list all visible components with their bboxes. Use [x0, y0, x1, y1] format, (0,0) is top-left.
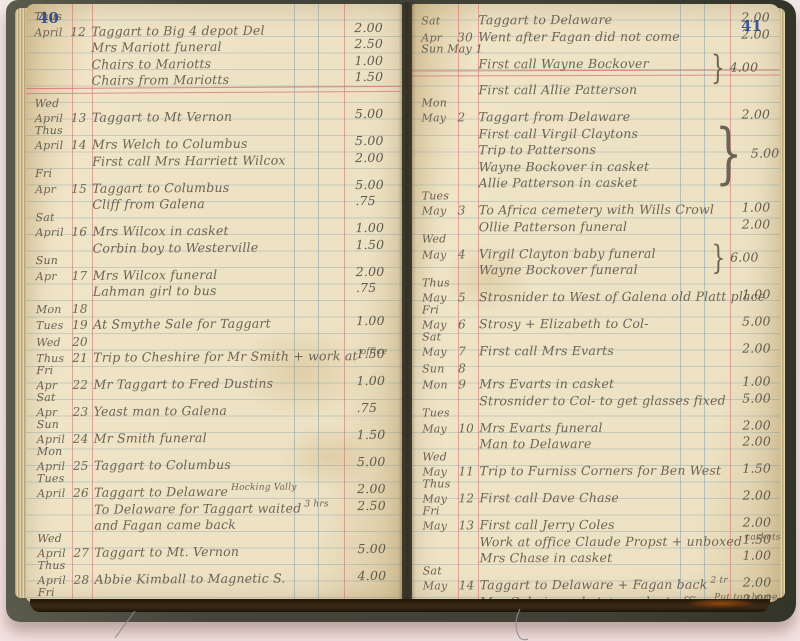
amount-group: }6.00: [708, 240, 759, 273]
ledger-inline-note: 2 tr: [710, 576, 727, 586]
ledger-entry-row: SatTaggart to Delaware2.00: [421, 9, 779, 26]
grouping-brace: }: [712, 240, 726, 273]
ledger-amount: 1.50: [356, 346, 385, 361]
ledger-amount: .75: [356, 280, 377, 295]
ledger-amount: 2.00: [743, 515, 772, 530]
ledger-amount: 2.00: [742, 417, 771, 432]
ledger-page-right: 41 SatTaggart to Delaware2.00Apr30Went a…: [412, 4, 780, 602]
ledger-entry-row: Work at office Claude Propst + unboxedca…: [423, 530, 780, 547]
ledger-amount: 2.00: [357, 481, 386, 496]
ledger-amount: 1.00: [742, 287, 771, 302]
ledger-entry-row: Chairs from Mariotts1.50: [35, 68, 401, 87]
ledger-amount: 5.00: [355, 176, 384, 191]
ledger-inline-note: Hocking Vally: [231, 482, 297, 492]
ledger-amount: 1.00: [354, 52, 383, 67]
ledger-amount: 2.00: [743, 575, 772, 590]
ledger-amount: 2.50: [354, 36, 383, 51]
ledger-entry-row: Mrs Chase in casket1.00: [423, 547, 780, 564]
ledger-amount: 6.00: [730, 249, 759, 264]
ledger-amount: 1.00: [742, 200, 771, 215]
ledger-amount: 2.00: [354, 19, 383, 34]
ledger-amount: 2.00: [742, 434, 771, 449]
ledger-description: First call Wayne Bockover: [478, 55, 648, 70]
ledger-amount: 5.00: [751, 146, 780, 161]
ledger-amount: .75: [355, 193, 376, 208]
ledger-entry-row: May7First call Mrs Evarts2.00: [422, 340, 780, 357]
ledger-page-left: 40 ThusApril12Taggart to Big 4 depot Del…: [26, 4, 402, 602]
ledger-entry-row: May11Trip to Furniss Corners for Ben Wes…: [422, 460, 780, 477]
ledger-entry-row: First call Wayne Bockover}4.00: [421, 52, 779, 69]
amount-group: }4.00: [707, 50, 758, 83]
ledger-entry-row: May5Strosnider to West of Galena old Pla…: [422, 286, 780, 303]
ledger-amount: 5.00: [742, 314, 771, 329]
ledger-entry-row: May12First call Dave Chase2.00: [422, 487, 780, 504]
ledger-amount: 5.00: [355, 106, 384, 121]
ledger-entry-row: May14Taggart to Delaware + Fagan back2 t…: [423, 574, 780, 591]
ledger-entry-row: Mon9Mrs Evarts in casket1.00: [422, 373, 780, 390]
ledger-page-left-content: ThusApril12Taggart to Big 4 depot Del2.0…: [26, 8, 402, 602]
ledger-amount: 1.00: [356, 373, 385, 388]
ledger-amount: 2.00: [355, 149, 384, 164]
ledger-amount: 4.00: [358, 568, 387, 583]
ledger-book: 40 ThusApril12Taggart to Big 4 depot Del…: [6, 0, 796, 622]
ledger-amount: 1.50: [743, 531, 772, 546]
page-number-right: 41: [741, 17, 762, 35]
loose-threads: [0, 607, 800, 641]
ledger-entry-row: Man to Delaware2.00: [422, 433, 780, 450]
grouping-brace: }: [711, 50, 725, 83]
ledger-amount: 1.00: [742, 374, 771, 389]
page-number-left: 40: [38, 9, 59, 27]
ledger-inline-note: 3 hrs: [304, 499, 328, 509]
ledger-description: Chairs from Mariotts: [92, 72, 230, 88]
ledger-amount: 1.00: [355, 220, 384, 235]
ledger-rows-above-rule: SatTaggart to Delaware2.00Apr30Went afte…: [421, 9, 779, 70]
ledger-amount: 2.00: [742, 341, 771, 356]
ledger-amount: 4.00: [730, 59, 759, 74]
ledger-amount: 5.00: [357, 541, 386, 556]
ledger-entry-row: Strosnider to Col- to get glasses fixed5…: [422, 389, 780, 406]
ledger-amount: 5.00: [355, 133, 384, 148]
ledger-rows: First call Allie PattersonMonMay2Taggart…: [421, 79, 780, 602]
ledger-entry-row: May6Strosy + Elizabeth to Col-5.00: [422, 313, 780, 330]
ledger-amount: 2.50: [357, 497, 386, 512]
ledger-amount: 1.00: [743, 548, 772, 563]
ledger-rows: WedApril13Taggart to Mt Vernon5.00ThusAp…: [35, 94, 402, 602]
ledger-amount: 1.50: [742, 461, 771, 476]
ledger-page-right-content: SatTaggart to Delaware2.00Apr30Went afte…: [412, 9, 780, 602]
ledger-entry-row: Sun8: [422, 356, 780, 373]
ledger-entry-row: May10Mrs Evarts funeral2.00: [422, 416, 780, 433]
ledger-amount: 2.00: [742, 216, 771, 231]
ledger-amount: 2.00: [356, 263, 385, 278]
ledger-rows-above-rule: ThusApril12Taggart to Big 4 depot Del2.0…: [34, 8, 400, 87]
grouping-brace: }: [715, 120, 743, 186]
ledger-amount: 1.50: [357, 427, 386, 442]
ledger-amount: 1.50: [356, 236, 385, 251]
ledger-entry-row: May3To Africa cemetery with Wills Crowl1…: [422, 199, 780, 216]
ledger-amount: 5.00: [357, 454, 386, 469]
ledger-amount: 1.00: [356, 313, 385, 328]
photo-background: 40 ThusApril12Taggart to Big 4 depot Del…: [0, 0, 800, 641]
ledger-amount: .75: [357, 400, 378, 415]
ledger-amount: 2.00: [742, 488, 771, 503]
ledger-entry-row: Ollie Patterson funeral2.00: [422, 215, 780, 232]
ledger-entry-row: May4Virgil Clayton baby funeral}6.00: [422, 242, 780, 259]
ledger-amount: 5.00: [742, 390, 771, 405]
amount-group: }5.00: [708, 120, 780, 186]
ledger-amount: 1.50: [355, 69, 384, 84]
book-gutter-shadow: [398, 2, 416, 604]
ledger-entry-row: First call Virgil Claytons}5.00: [422, 122, 780, 139]
ledger-entry-row: Apr30Went after Fagan did not come2.00: [421, 25, 779, 42]
ledger-entry-row: May13First call Jerry Coles2.00: [423, 514, 780, 531]
